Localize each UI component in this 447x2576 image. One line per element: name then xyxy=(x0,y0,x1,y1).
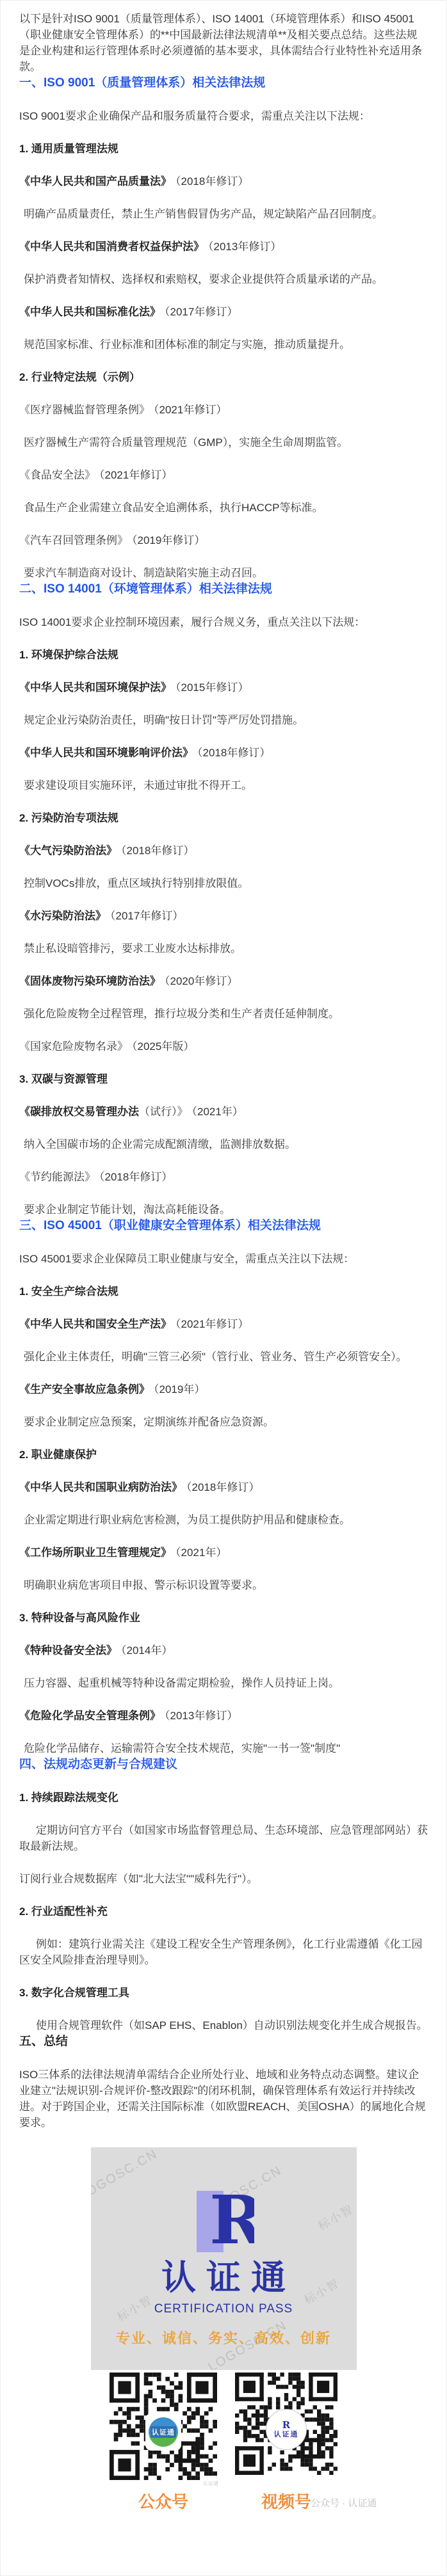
law-year: （2013年修订） xyxy=(208,241,281,253)
section-4: 四、法规动态更新与合规建议1. 持续跟踪法规变化定期访问官方平台（如国家市场监督… xyxy=(19,1756,428,2033)
law-entry: 《中华人民共和国产品质量法》（2018年修订） xyxy=(19,173,428,189)
law-name: 《特种设备安全法》 xyxy=(19,1644,117,1657)
law-name-suffix: （试行）》 xyxy=(139,1106,188,1118)
document-body: 一、ISO 9001（质量管理体系）相关法律法规ISO 9001要求企业确保产品… xyxy=(19,75,428,2131)
law-year: （2018年修订） xyxy=(175,175,248,187)
law-entry: 《中华人民共和国安全生产法》（2021年修订） xyxy=(19,1316,428,1332)
group-title: 1. 持续跟踪法规变化 xyxy=(19,1790,428,1806)
law-year: （2017年修订） xyxy=(165,306,238,318)
law-name: 《中华人民共和国环境保护法》 xyxy=(19,681,172,694)
law-description: 强化企业主体责任，明确"三管三必须"（管行业、管业务、管生产必须管安全）。 xyxy=(19,1349,428,1365)
qr-code-right: R 认证通 xyxy=(235,2373,337,2486)
law-year: （2014年） xyxy=(121,1644,172,1657)
qr-label-row: 公众号 视频号 公众号 · 认证通 xyxy=(19,2492,428,2514)
group-title: 2. 行业特定法规（示例） xyxy=(19,369,428,385)
qr-right-badge-letter: R xyxy=(282,2421,290,2430)
law-name: 《水污染防治法》 xyxy=(19,910,106,922)
law-year: （2025年版） xyxy=(132,1040,194,1053)
law-year: （2018年修订） xyxy=(197,747,270,759)
law-description: 明确职业病危害项目申报、警示标识设置等要求。 xyxy=(19,1577,428,1593)
group-title: 2. 行业适配性补充 xyxy=(19,1904,428,1920)
law-entry: 《固体废物污染环境防治法》（2020年修订） xyxy=(19,973,428,989)
law-entry: 《大气污染防治法》（2018年修订） xyxy=(19,843,428,859)
law-entry: 《医疗器械监督管理条例》（2021年修订） xyxy=(19,402,428,418)
law-description: 规定企业污染防治责任，明确"按日计罚"等严厉处罚措施。 xyxy=(19,712,428,728)
law-entry: 《汽车召回管理条例》（2019年修订） xyxy=(19,532,428,548)
section-2: 二、ISO 14001（环境管理体系）相关法律法规ISO 14001要求企业控制… xyxy=(19,581,428,1218)
intro-paragraph: 以下是针对ISO 9001（质量管理体系）、ISO 14001（环境管理体系）和… xyxy=(19,11,428,75)
law-entry: 《工作场所职业卫生管理规定》（2021年） xyxy=(19,1545,428,1561)
watermark-text: 标小智 xyxy=(314,2200,356,2234)
r-logo-graphic: R xyxy=(193,2190,254,2254)
law-description: 医疗器械生产需符合质量管理规范（GMP），实施全生命周期监管。 xyxy=(19,434,428,450)
brand-subtitle: CERTIFICATION PASS xyxy=(154,2302,293,2316)
section-heading: 一、ISO 9001（质量管理体系）相关法律法规 xyxy=(19,75,428,91)
law-year: （2021年修订） xyxy=(175,1318,248,1330)
group-title: 2. 污染防治专项法规 xyxy=(19,810,428,826)
law-description: 要求建设项目实施环评，未通过审批不得开工。 xyxy=(19,777,428,793)
watermark-text: 标小智 xyxy=(300,2275,342,2309)
law-year: （2019年修订） xyxy=(132,534,205,546)
law-description: 食品生产企业需建立食品安全追溯体系，执行HACCP等标准。 xyxy=(19,500,428,516)
law-entry: 《国家危险废物名录》（2025年版） xyxy=(19,1038,428,1054)
law-entry: 《中华人民共和国环境保护法》（2015年修订） xyxy=(19,680,428,696)
law-name: 《中华人民共和国安全生产法》 xyxy=(19,1318,172,1330)
article-content: 以下是针对ISO 9001（质量管理体系）、ISO 14001（环境管理体系）和… xyxy=(1,1,446,2514)
law-name: 《生产安全事故应急条例》 xyxy=(19,1383,150,1395)
section-3: 三、ISO 45001（职业健康安全管理体系）相关法律法规ISO 45001要求… xyxy=(19,1218,428,1756)
section-intro: ISO 14001要求企业控制环境因素，履行合规义务，重点关注以下法规： xyxy=(19,614,428,630)
group-title: 3. 数字化合规管理工具 xyxy=(19,1985,428,2001)
law-year: （2018年修订） xyxy=(186,1481,259,1493)
section-intro: ISO 45001要求企业保障员工职业健康与安全，需重点关注以下法规： xyxy=(19,1251,428,1267)
law-description: 规范国家标准、行业标准和团体标准的制定与实施，推动质量提升。 xyxy=(19,337,428,353)
section-5: 五、总结ISO三体系的法律法规清单需结合企业所处行业、地域和业务特点动态调整。建… xyxy=(19,2033,428,2131)
section-heading: 二、ISO 14001（环境管理体系）相关法律法规 xyxy=(19,581,428,598)
law-entry: 《生产安全事故应急条例》（2019年） xyxy=(19,1381,428,1397)
law-name: 《中华人民共和国环境影响评价法》 xyxy=(19,747,193,759)
watermark-text: 标小智 xyxy=(113,2291,155,2325)
law-description: 保护消费者知情权、选择权和索赔权，要求企业提供符合质量承诺的产品。 xyxy=(19,271,428,287)
law-name: 《汽车召回管理条例》 xyxy=(19,534,128,546)
law-name: 《工作场所职业卫生管理规定》 xyxy=(19,1546,172,1559)
law-year: （2021年） xyxy=(192,1106,243,1118)
group-title: 1. 安全生产综合法规 xyxy=(19,1284,428,1300)
law-year: （2020年修订） xyxy=(165,975,238,987)
law-entry: 《危险化学品安全管理条例》（2013年修订） xyxy=(19,1708,428,1724)
paragraph: 定期访问官方平台（如国家市场监督管理总局、生态环境部、应急管理部网站）获取最新法… xyxy=(19,1822,428,1854)
law-year: （2021年修订） xyxy=(99,469,172,481)
law-name: 《中华人民共和国标准化法》 xyxy=(19,306,161,318)
law-year: （2018年修订） xyxy=(99,1171,172,1183)
qr-right-center-badge: R 认证通 xyxy=(266,2409,307,2450)
paragraph: ISO三体系的法律法规清单需结合企业所处行业、地域和业务特点动态调整。建议企业建… xyxy=(19,2067,428,2131)
brand-logo-card: LOGOSC.CN LOGOSC.CN 标小智 标小智 LOGOSC.CN 标小… xyxy=(91,2147,357,2370)
article-page: 以下是针对ISO 9001（质量管理体系）、ISO 14001（环境管理体系）和… xyxy=(0,0,447,2576)
law-name: 《节约能源法》 xyxy=(19,1171,95,1183)
law-year: （2021年） xyxy=(175,1546,227,1559)
law-description: 企业需定期进行职业病危害检测，为员工提供防护用品和健康检查。 xyxy=(19,1512,428,1528)
section-heading: 三、ISO 45001（职业健康安全管理体系）相关法律法规 xyxy=(19,1218,428,1234)
group-title: 1. 通用质量管理法规 xyxy=(19,141,428,157)
globe-icon: 认证通 xyxy=(149,2417,178,2447)
qr-label-left: 公众号 xyxy=(110,2492,217,2511)
section-heading: 五、总结 xyxy=(19,2033,428,2050)
law-name: 《食品安全法》 xyxy=(19,469,95,481)
law-description: 要求企业制定节能计划，淘汰高耗能设备。 xyxy=(19,1202,428,1218)
group-title: 3. 双碳与资源管理 xyxy=(19,1071,428,1087)
law-entry: 《节约能源法》（2018年修订） xyxy=(19,1169,428,1185)
brand-name: 认证通 xyxy=(151,2259,296,2296)
watermark-text: LOGOSC.CN xyxy=(91,2147,161,2204)
law-year: （2015年修订） xyxy=(175,681,248,694)
law-description: 压力容器、起重机械等特种设备需定期检验，操作人员持证上岗。 xyxy=(19,1675,428,1691)
law-description: 强化危险废物全过程管理，推行垃圾分类和生产者责任延伸制度。 xyxy=(19,1006,428,1022)
brand-r-logo-icon: R xyxy=(193,2190,254,2254)
law-description: 要求企业制定应急预案，定期演练并配备应急资源。 xyxy=(19,1414,428,1430)
law-name: 《中华人民共和国职业病防治法》 xyxy=(19,1481,183,1493)
law-name: 《中华人民共和国产品质量法》 xyxy=(19,175,172,187)
law-entry: 《中华人民共和国标准化法》（2017年修订） xyxy=(19,304,428,320)
paragraph: 例如：建筑行业需关注《建设工程安全生产管理条例》，化工行业需遵循《化工园区安全风… xyxy=(19,1936,428,1968)
law-entry: 《特种设备安全法》（2014年） xyxy=(19,1642,428,1658)
group-title: 2. 职业健康保护 xyxy=(19,1447,428,1463)
qr-left-badge-text: 认证通 xyxy=(150,2426,176,2438)
law-description: 明确产品质量责任，禁止生产销售假冒伪劣产品，规定缺陷产品召回制度。 xyxy=(19,206,428,222)
qr-watermark-text: 公众号 · 认证通 xyxy=(311,2496,377,2509)
section-1: 一、ISO 9001（质量管理体系）相关法律法规ISO 9001要求企业确保产品… xyxy=(19,75,428,581)
group-title: 3. 特种设备与高风险作业 xyxy=(19,1610,428,1626)
qr-right-badge-text: 认证通 xyxy=(274,2430,299,2438)
law-year: （2019年） xyxy=(154,1383,205,1395)
law-name: 《大气污染防治法》 xyxy=(19,845,117,857)
paragraph: 订阅行业合规数据库（如"北大法宝""威科先行"）。 xyxy=(19,1871,428,1887)
group-title: 1. 环境保护综合法规 xyxy=(19,647,428,663)
law-entry: 《中华人民共和国环境影响评价法》（2018年修订） xyxy=(19,745,428,761)
law-year: （2018年修订） xyxy=(121,845,194,857)
law-entry: 《中华人民共和国消费者权益保护法》（2013年修订） xyxy=(19,239,428,255)
law-name: 《固体废物污染环境防治法》 xyxy=(19,975,161,987)
law-description: 纳入全国碳市场的企业需完成配额清缴，监测排放数据。 xyxy=(19,1136,428,1152)
law-entry: 《碳排放权交易管理办法（试行）》（2021年） xyxy=(19,1104,428,1120)
section-heading: 四、法规动态更新与合规建议 xyxy=(19,1756,428,1773)
law-description: 控制VOCs排放，重点区域执行特别排放限值。 xyxy=(19,875,428,891)
law-description: 危险化学品储存、运输需符合安全技术规范，实施"一书一签"制度" xyxy=(19,1740,428,1756)
law-entry: 《中华人民共和国职业病防治法》（2018年修订） xyxy=(19,1479,428,1495)
law-name: 《中华人民共和国消费者权益保护法》 xyxy=(19,241,204,253)
paragraph: 使用合规管理软件（如SAP EHS、Enablon）自动识别法规变化并生成合规报… xyxy=(19,2017,428,2033)
qr-code-left: 认证通 认证通 xyxy=(110,2373,217,2491)
qr-left-center-badge: 认证通 xyxy=(145,2413,181,2451)
law-name: 《医疗器械监督管理条例》 xyxy=(19,404,150,416)
section-intro: ISO 9001要求企业确保产品和服务质量符合要求，需重点关注以下法规： xyxy=(19,108,428,124)
law-name: 《危险化学品安全管理条例》 xyxy=(19,1710,161,1722)
law-year: （2021年修订） xyxy=(154,404,227,416)
law-description: 禁止私设暗管排污，要求工业废水达标排放。 xyxy=(19,941,428,957)
qr-micro-text: 认证通 xyxy=(203,2480,218,2487)
law-year: （2013年修订） xyxy=(165,1710,238,1722)
law-entry: 《食品安全法》（2021年修订） xyxy=(19,467,428,483)
law-name: 《碳排放权交易管理办法 xyxy=(19,1106,139,1118)
law-year: （2017年修订） xyxy=(110,910,183,922)
law-name: 《国家危险废物名录》 xyxy=(19,1040,128,1053)
law-description: 要求汽车制造商对设计、制造缺陷实施主动召回。 xyxy=(19,565,428,581)
qr-code-row: 认证通 认证通 R 认证通 xyxy=(19,2373,428,2491)
brand-tagline: 专业、诚信、务实、高效、创新 xyxy=(116,2330,331,2347)
svg-text:R: R xyxy=(209,2190,254,2254)
law-entry: 《水污染防治法》（2017年修订） xyxy=(19,908,428,924)
